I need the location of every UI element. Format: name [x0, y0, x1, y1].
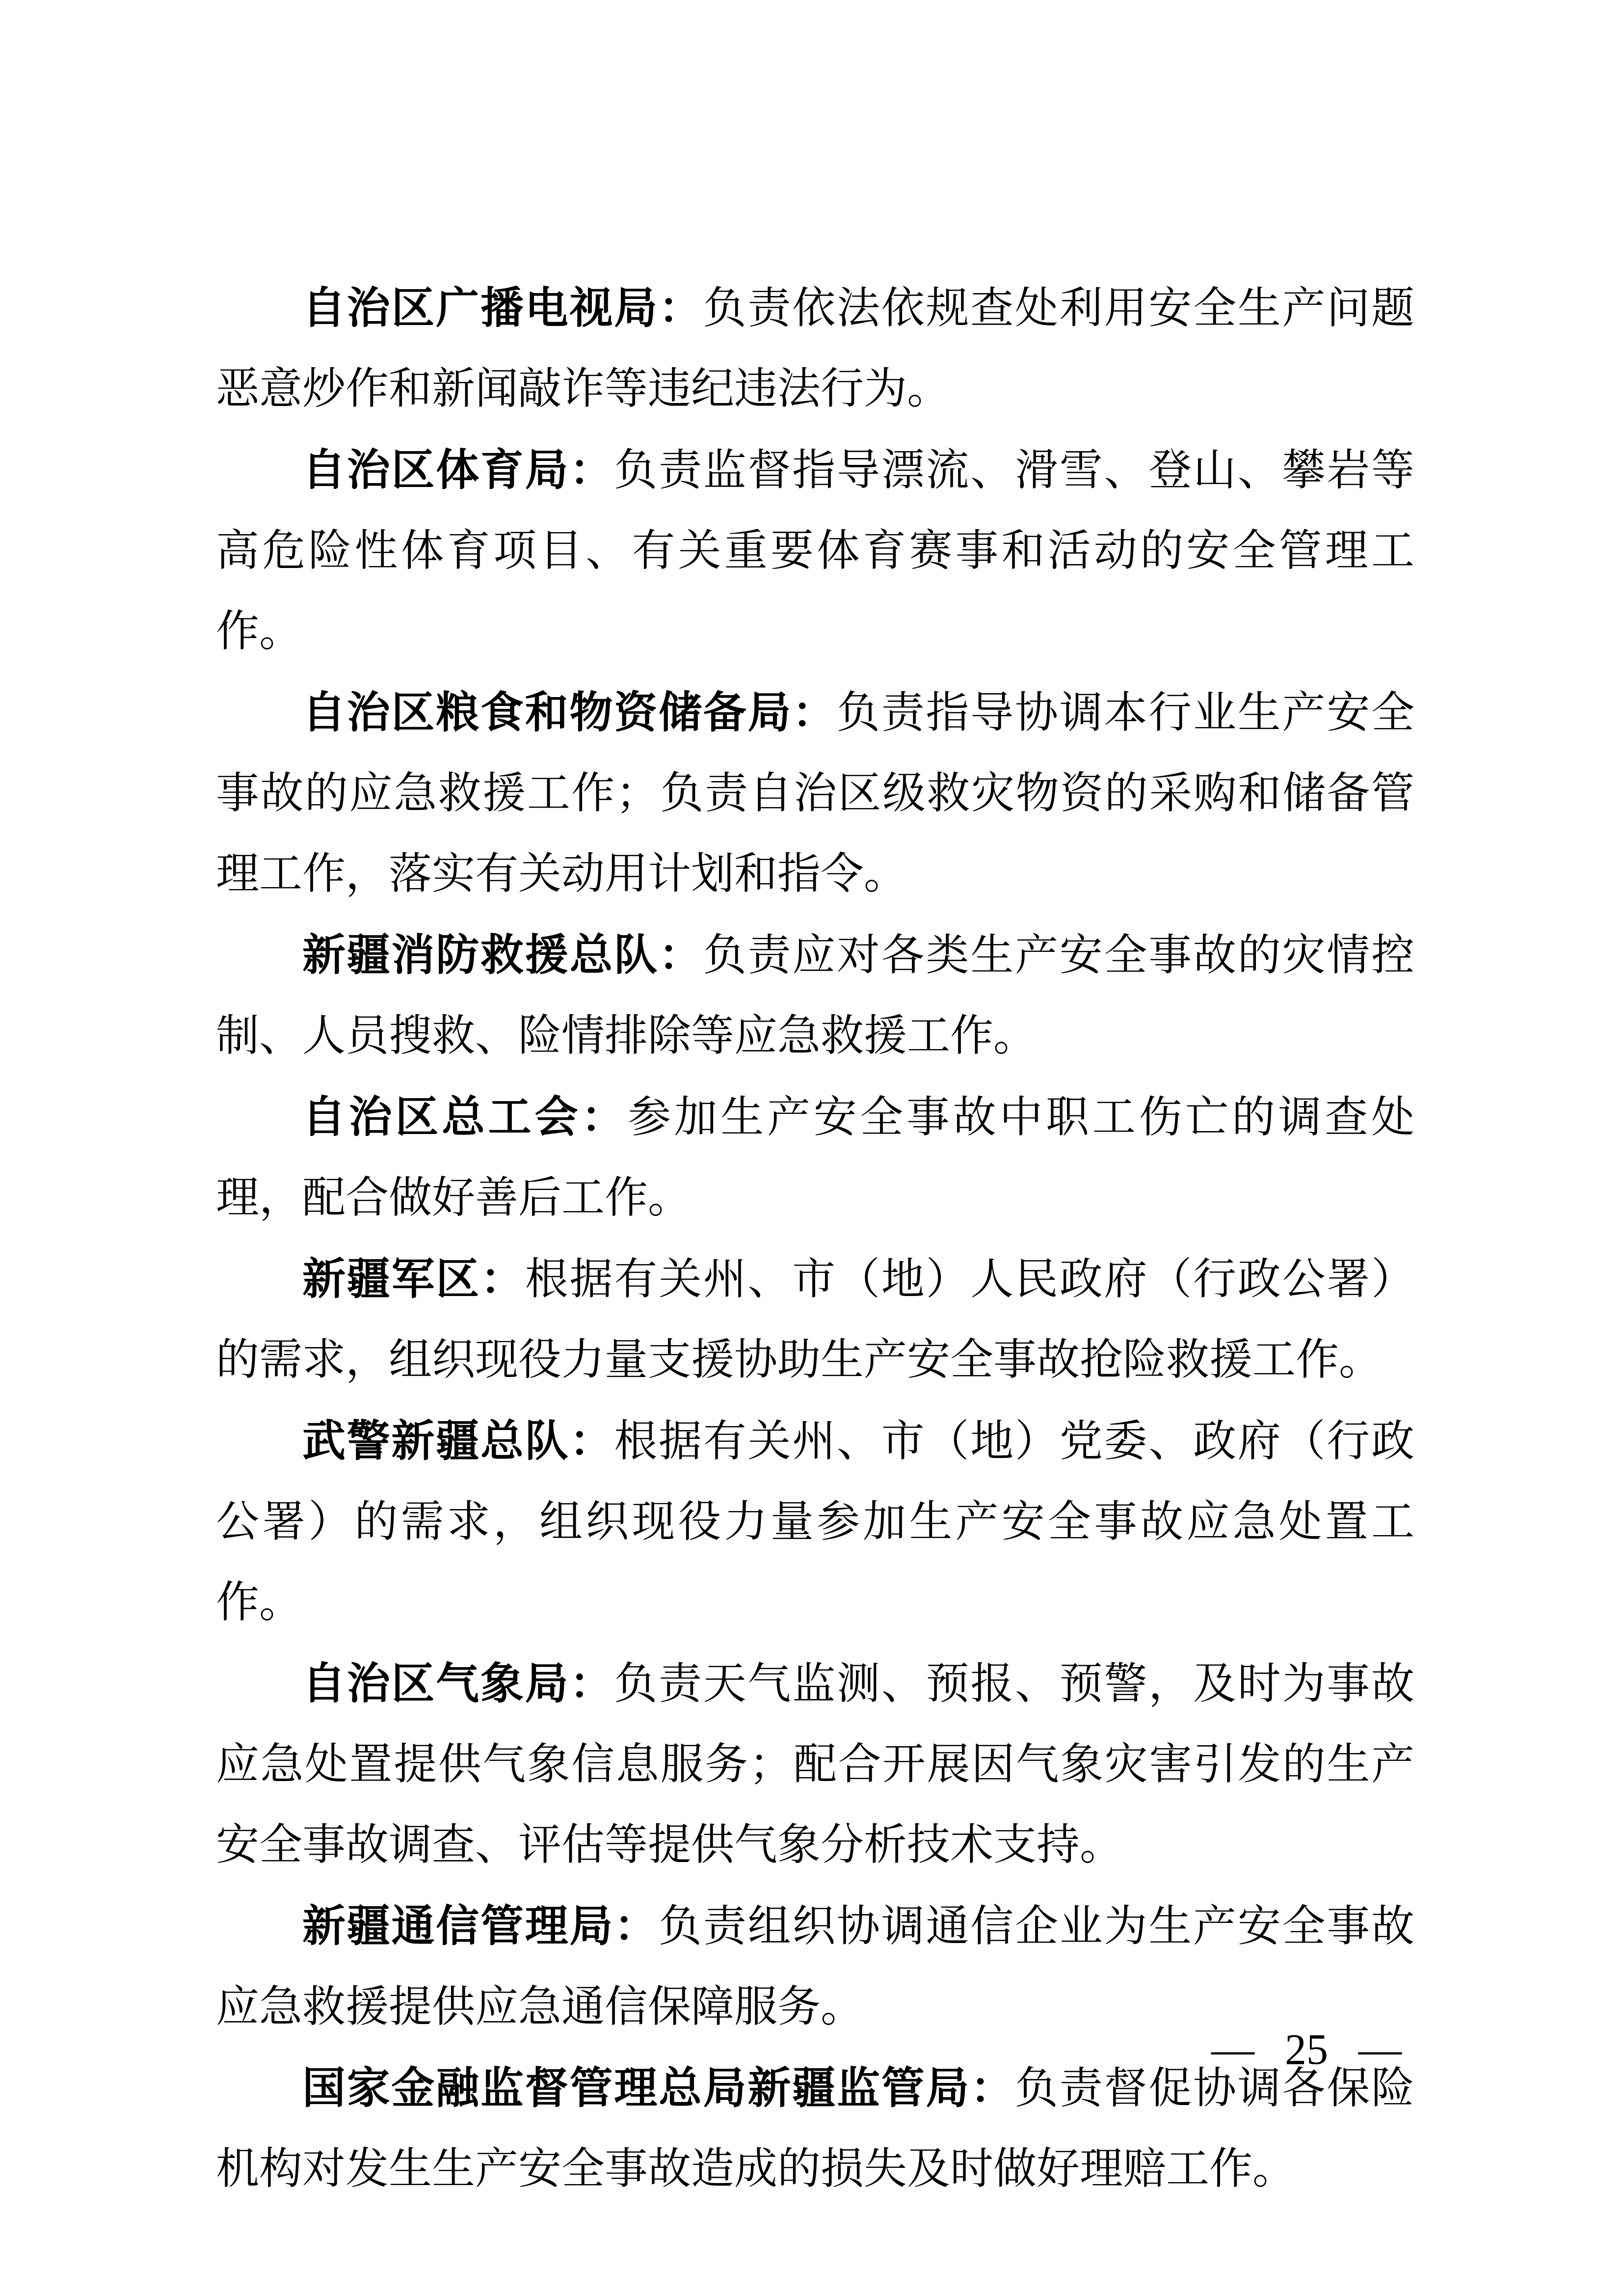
paragraph-broadcast-tv-bureau: 自治区广播电视局：负责依法依规查处利用安全生产问题恶意炒作和新闻敲诈等违纪违法行… — [216, 268, 1414, 430]
paragraph-grain-reserves-bureau: 自治区粮食和物资储备局：负责指导协调本行业生产安全事故的应急救援工作；负责自治区… — [216, 672, 1414, 915]
org-name: 自治区广播电视局： — [302, 283, 703, 332]
org-name: 新疆通信管理局： — [302, 1901, 659, 1950]
org-name: 新疆军区： — [302, 1254, 525, 1303]
page-footer: — 25 — — [1211, 2016, 1402, 2084]
page-number: 25 — [1285, 2016, 1328, 2084]
org-name: 武警新疆总队： — [302, 1416, 614, 1465]
org-name: 自治区总工会： — [302, 1092, 628, 1141]
paragraph-federation-of-trade-unions: 自治区总工会：参加生产安全事故中职工伤亡的调查处理，配合做好善后工作。 — [216, 1077, 1414, 1239]
paragraph-fire-rescue-corps: 新疆消防救援总队：负责应对各类生产安全事故的灾情控制、人员搜救、险情排除等应急救… — [216, 915, 1414, 1077]
org-name: 自治区气象局： — [302, 1659, 614, 1707]
document-page: 自治区广播电视局：负责依法依规查处利用安全生产问题恶意炒作和新闻敲诈等违纪违法行… — [0, 0, 1623, 2296]
footer-dash-right: — — [1358, 2016, 1402, 2084]
paragraph-armed-police-corps: 武警新疆总队：根据有关州、市（地）党委、政府（行政公署）的需求，组织现役力量参加… — [216, 1401, 1414, 1643]
org-name: 新疆消防救援总队： — [302, 930, 703, 979]
document-body: 自治区广播电视局：负责依法依规查处利用安全生产问题恶意炒作和新闻敲诈等违纪违法行… — [216, 268, 1414, 2210]
paragraph-sports-bureau: 自治区体育局：负责监督指导漂流、滑雪、登山、攀岩等高危险性体育项目、有关重要体育… — [216, 430, 1414, 672]
paragraph-meteorological-bureau: 自治区气象局：负责天气监测、预报、预警，及时为事故应急处置提供气象信息服务；配合… — [216, 1643, 1414, 1886]
paragraph-xinjiang-military-region: 新疆军区：根据有关州、市（地）人民政府（行政公署）的需求，组织现役力量支援协助生… — [216, 1239, 1414, 1401]
org-name: 自治区粮食和物资储备局： — [302, 688, 837, 736]
org-name: 自治区体育局： — [302, 445, 614, 494]
footer-dash-left: — — [1211, 2016, 1254, 2084]
org-name: 国家金融监督管理总局新疆监管局： — [302, 2063, 1015, 2112]
